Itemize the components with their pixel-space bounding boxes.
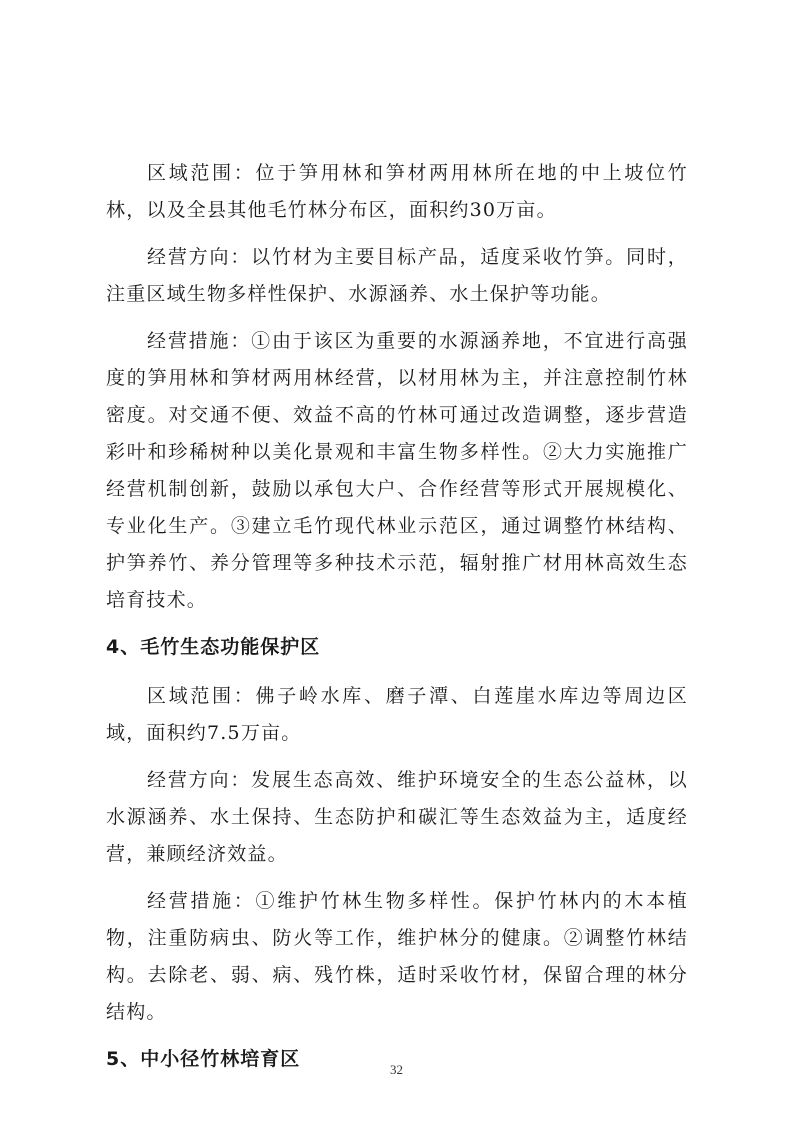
page-content: 区域范围：位于笋用林和笋材两用林所在地的中上坡位竹林，以及全县其他毛竹林分布区，… xyxy=(106,155,688,1090)
paragraph-section4-management-measures: 经营措施：①维护竹林生物多样性。保护竹林内的木本植物，注重防病虫、防火等工作，维… xyxy=(106,883,688,1031)
paragraph-section4-area-scope: 区域范围：佛子岭水库、磨子潭、白莲崖水库边等周边区域，面积约7.5万亩。 xyxy=(106,678,688,752)
paragraph-management-direction: 经营方向：以竹材为主要目标产品，适度采收竹笋。同时，注重区域生物多样性保护、水源… xyxy=(106,239,688,313)
paragraph-management-measures: 经营措施：①由于该区为重要的水源涵养地，不宜进行高强度的笋用林和笋材两用林经营，… xyxy=(106,323,688,619)
section-heading-4: 4、毛竹生态功能保护区 xyxy=(106,629,688,666)
document-page: 区域范围：位于笋用林和笋材两用林所在地的中上坡位竹林，以及全县其他毛竹林分布区，… xyxy=(0,0,793,1122)
page-number: 32 xyxy=(0,1062,793,1078)
paragraph-section4-management-direction: 经营方向：发展生态高效、维护环境安全的生态公益林，以水源涵养、水土保持、生态防护… xyxy=(106,762,688,873)
paragraph-area-scope: 区域范围：位于笋用林和笋材两用林所在地的中上坡位竹林，以及全县其他毛竹林分布区，… xyxy=(106,155,688,229)
